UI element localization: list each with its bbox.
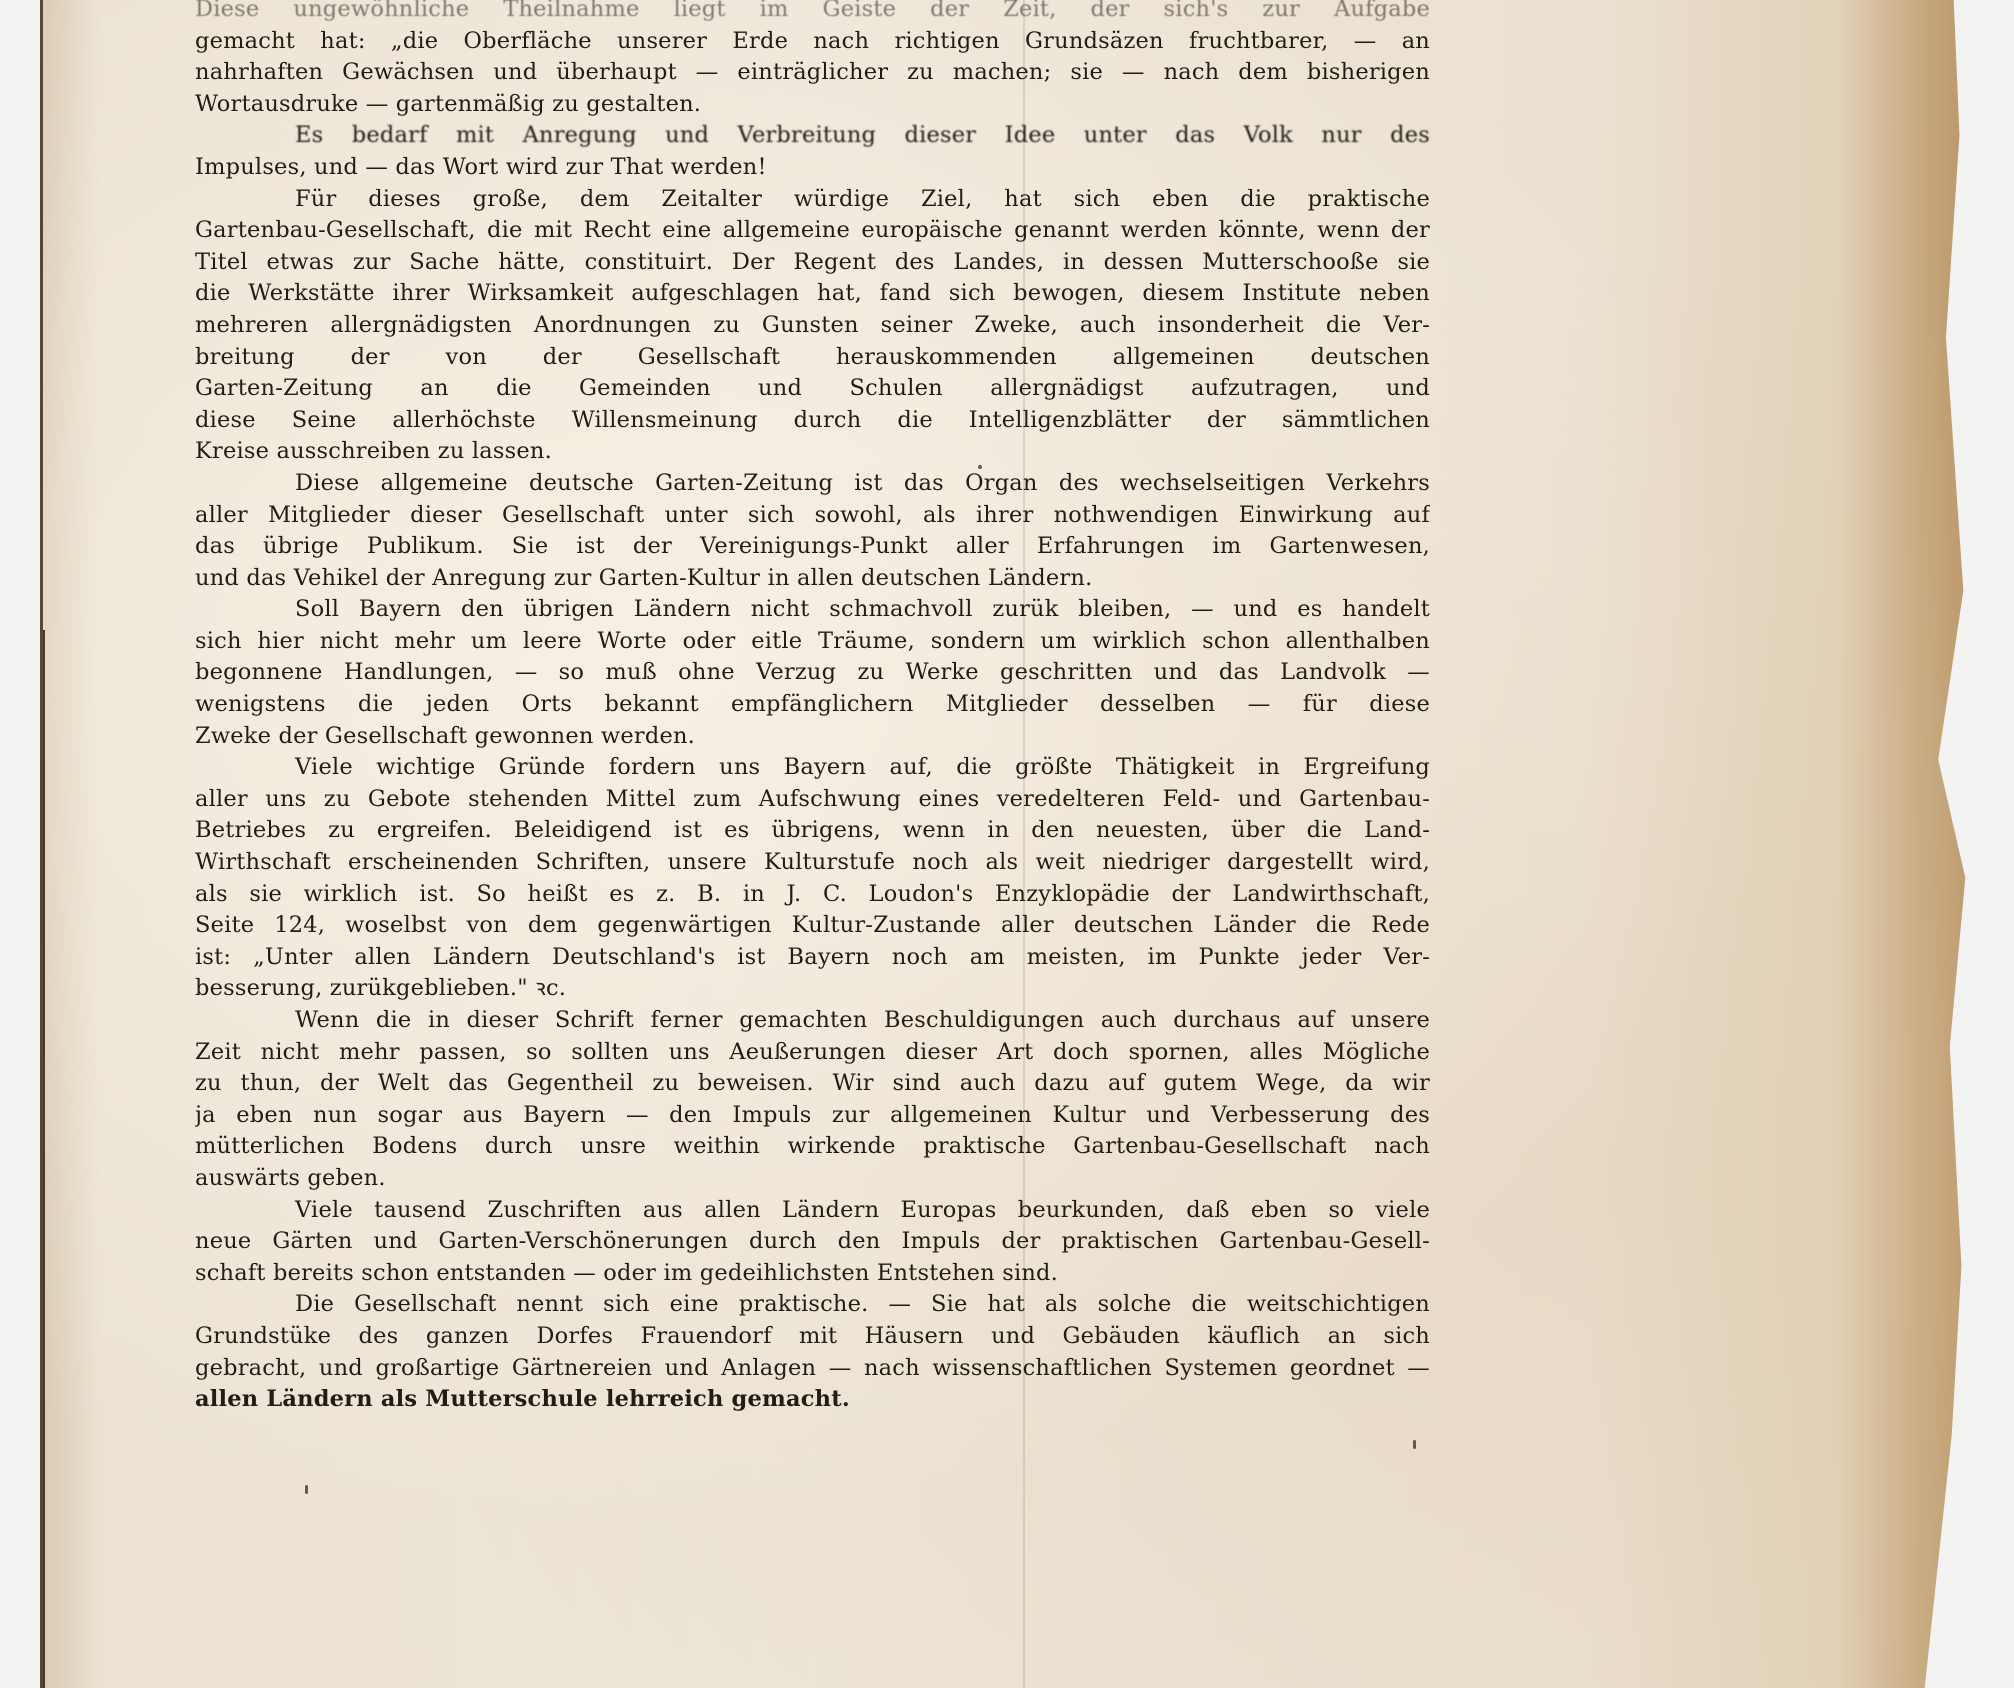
text-line: Wirthschaft erscheinenden Schriften, uns… [195,847,1430,879]
text-line: Betriebes zu ergreifen. Beleidigend ist … [195,815,1430,847]
text-line: Viele tausend Zuschriften aus allen Länd… [195,1195,1430,1227]
text-line: ist: „Unter allen Ländern Deutschland's … [195,942,1430,974]
text-line: Garten-Zeitung an die Gemeinden und Schu… [195,373,1430,405]
text-line: Kreise ausschreiben zu lassen. [195,436,1430,468]
text-line: allen Ländern als Mutterschule lehrreich… [195,1384,1430,1416]
text-line: mehreren allergnädigsten Anordnungen zu … [195,310,1430,342]
text-line: Diese ungewöhnliche Theilnahme liegt im … [195,0,1430,26]
text-line: wenigstens die jeden Orts bekannt empfän… [195,689,1430,721]
text-line: begonnene Handlungen, — so muß ohne Verz… [195,657,1430,689]
text-line: ja eben nun sogar aus Bayern — den Impul… [195,1100,1430,1132]
text-line: Zweke der Gesellschaft gewonnen werden. [195,721,1430,753]
text-line: sich hier nicht mehr um leere Worte oder… [195,626,1430,658]
text-line: Diese allgemeine deutsche Garten-Zeitung… [195,468,1430,500]
paper-speck [305,1485,308,1494]
text-line: zu thun, der Welt das Gegentheil zu bewe… [195,1068,1430,1100]
text-line: Impulses, und — das Wort wird zur That w… [195,152,1430,184]
body-text-block: Diese ungewöhnliche Theilnahme liegt im … [195,0,1430,1416]
text-line: das übrige Publikum. Sie ist der Vereini… [195,531,1430,563]
text-line: Soll Bayern den übrigen Ländern nicht sc… [195,594,1430,626]
text-line: gemacht hat: „die Oberfläche unserer Erd… [195,26,1430,58]
text-line: gebracht, und großartige Gärtnereien und… [195,1353,1430,1385]
text-line: nahrhaften Gewächsen und überhaupt — ein… [195,57,1430,89]
text-line: mütterlichen Bodens durch unsre weithin … [195,1131,1430,1163]
text-line: als sie wirklich ist. So heißt es z. B. … [195,879,1430,911]
text-line: und das Vehikel der Anregung zur Garten-… [195,563,1430,595]
paper-speck [1413,1440,1416,1449]
text-line: Titel etwas zur Sache hätte, constituirt… [195,247,1430,279]
text-line: besserung, zurükgeblieben." ꝛc. [195,973,1430,1005]
text-line: Viele wichtige Gründe fordern uns Bayern… [195,752,1430,784]
text-line: Die Gesellschaft nennt sich eine praktis… [195,1289,1430,1321]
text-line: Zeit nicht mehr passen, so sollten uns A… [195,1037,1430,1069]
text-line: die Werkstätte ihrer Wirksamkeit aufgesc… [195,278,1430,310]
text-line: Es bedarf mit Anregung und Verbreitung d… [195,120,1430,152]
text-line: breitung der von der Gesellschaft heraus… [195,342,1430,374]
text-line: diese Seine allerhöchste Willensmeinung … [195,405,1430,437]
text-line: aller uns zu Gebote stehenden Mittel zum… [195,784,1430,816]
text-line: Seite 124, woselbst von dem gegenwärtige… [195,910,1430,942]
text-line: Wenn die in dieser Schrift ferner gemach… [195,1005,1430,1037]
text-line: Wortausdruke — gartenmäßig zu gestalten. [195,89,1430,121]
text-line: auswärts geben. [195,1163,1430,1195]
text-line: Gartenbau-Gesellschaft, die mit Recht ei… [195,215,1430,247]
text-line: neue Gärten und Garten-Verschönerungen d… [195,1226,1430,1258]
text-line: schaft bereits schon entstanden — oder i… [195,1258,1430,1290]
text-line: Für dieses große, dem Zeitalter würdige … [195,184,1430,216]
text-line: aller Mitglieder dieser Gesellschaft unt… [195,500,1430,532]
text-line: Grundstüke des ganzen Dorfes Frauendorf … [195,1321,1430,1353]
